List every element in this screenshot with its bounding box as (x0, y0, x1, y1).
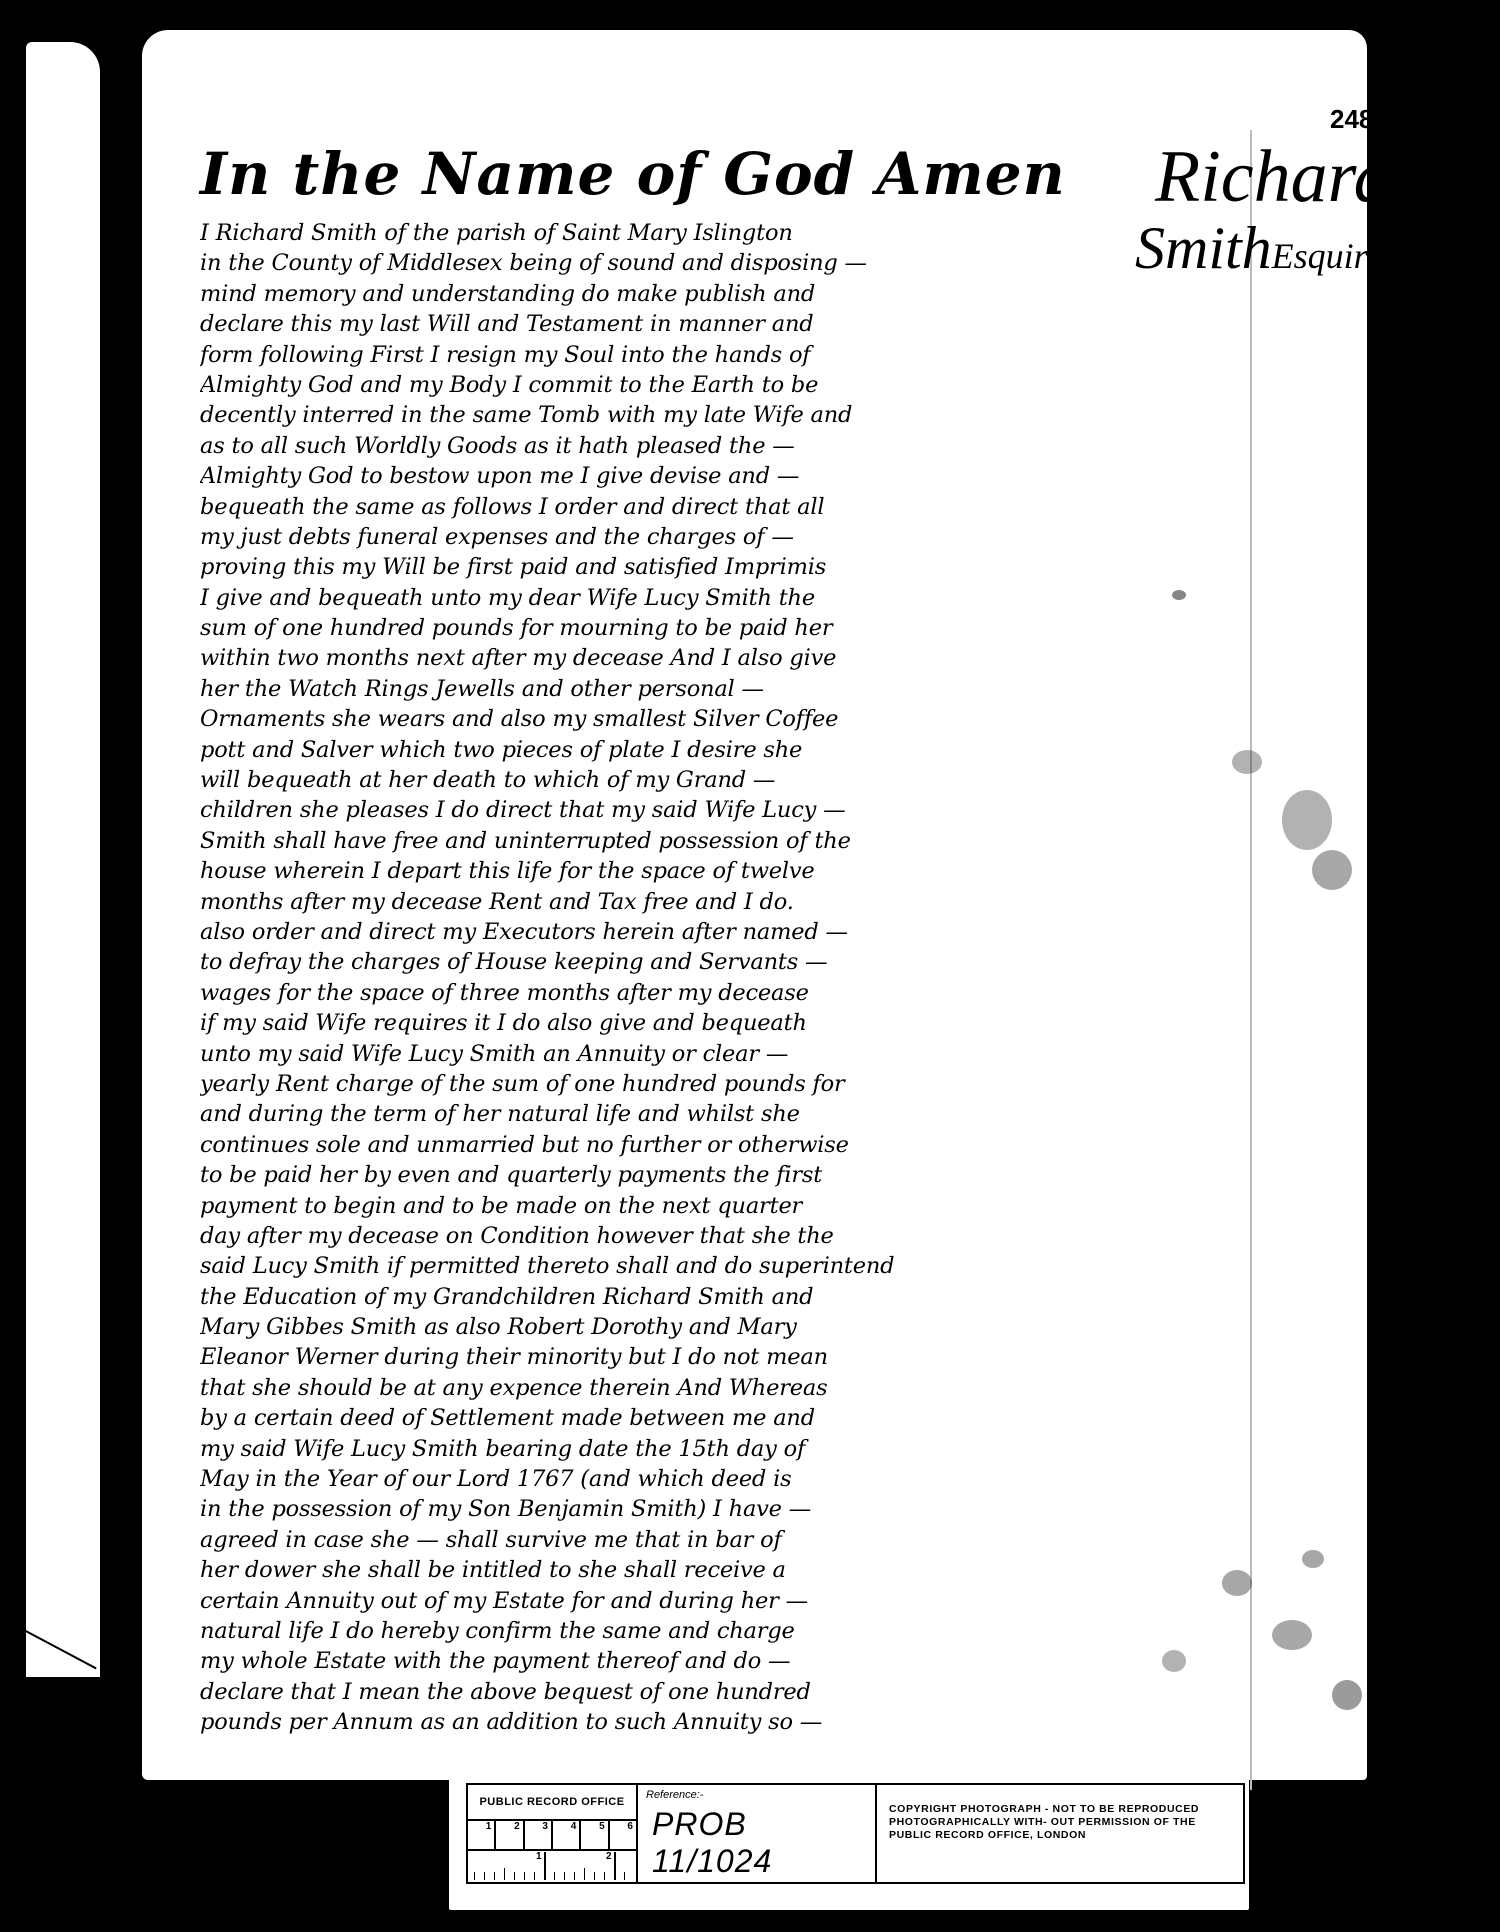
inch-ruler: 1 2 (468, 1851, 636, 1882)
foxing-speck (1162, 1650, 1186, 1672)
scale-number: 3 (525, 1821, 553, 1849)
text-line: agreed in case she — shall survive me th… (200, 1525, 1115, 1555)
scale-number: 2 (496, 1821, 524, 1849)
marginal-testator-name: Richard SmithEsquire (1135, 140, 1391, 278)
text-line: Mary Gibbes Smith as also Robert Dorothy… (200, 1312, 1115, 1342)
text-line: May in the Year of our Lord 1767 (and wh… (200, 1464, 1115, 1494)
foxing-speck (1282, 790, 1332, 850)
scale-number: 6 (610, 1821, 636, 1849)
margin-rule (1250, 130, 1252, 1790)
text-line: natural life I do hereby confirm the sam… (200, 1616, 1115, 1646)
text-line: Almighty God and my Body I commit to the… (200, 370, 1115, 400)
text-line: form following First I resign my Soul in… (200, 340, 1115, 370)
text-line: in the possession of my Son Benjamin Smi… (200, 1494, 1115, 1524)
text-line: I give and bequeath unto my dear Wife Lu… (200, 583, 1115, 613)
scale-number: 1 (468, 1821, 496, 1849)
office-title: PUBLIC RECORD OFFICE (468, 1785, 636, 1821)
text-line: decently interred in the same Tomb with … (200, 400, 1115, 430)
text-line: the Education of my Grandchildren Richar… (200, 1282, 1115, 1312)
text-line: declare that I mean the above bequest of… (200, 1677, 1115, 1707)
copyright-notice: COPYRIGHT PHOTOGRAPH - NOT TO BE REPRODU… (877, 1785, 1243, 1882)
text-line: her dower she shall be intitled to she s… (200, 1555, 1115, 1585)
marginal-line-1: Richard (1155, 140, 1391, 214)
text-line: months after my decease Rent and Tax fre… (200, 887, 1115, 917)
scale-numbers: 1 2 3 4 5 6 (468, 1821, 636, 1851)
text-line: I Richard Smith of the parish of Saint M… (200, 218, 1115, 248)
text-line: will bequeath at her death to which of m… (200, 765, 1115, 795)
text-line: certain Annuity out of my Estate for and… (200, 1586, 1115, 1616)
text-line: and during the term of her natural life … (200, 1099, 1115, 1129)
text-line: her the Watch Rings Jewells and other pe… (200, 674, 1115, 704)
public-record-office-label: PUBLIC RECORD OFFICE 1 2 3 4 5 6 (449, 1775, 1249, 1910)
text-line: Smith shall have free and uninterrupted … (200, 826, 1115, 856)
text-line: my said Wife Lucy Smith bearing date the… (200, 1434, 1115, 1464)
text-line: within two months next after my decease … (200, 643, 1115, 673)
text-line: unto my said Wife Lucy Smith an Annuity … (200, 1039, 1115, 1069)
reference-cell: Reference:- PROB 11/1024 (638, 1785, 877, 1882)
marginal-line-2: SmithEsquire (1135, 218, 1391, 278)
text-line: Eleanor Werner during their minority but… (200, 1342, 1115, 1372)
will-body-text: I Richard Smith of the parish of Saint M… (200, 218, 1115, 1738)
foxing-speck (1302, 1550, 1324, 1568)
foxing-speck (1222, 1570, 1252, 1596)
marginal-suffix: Esquire (1272, 236, 1383, 276)
adjacent-page-edge (26, 42, 100, 1677)
text-line: to defray the charges of House keeping a… (200, 947, 1115, 977)
text-line: to be paid her by even and quarterly pay… (200, 1160, 1115, 1190)
text-line: wages for the space of three months afte… (200, 978, 1115, 1008)
foxing-speck (1232, 750, 1262, 774)
text-line: continues sole and unmarried but no furt… (200, 1130, 1115, 1160)
text-line: my whole Estate with the payment thereof… (200, 1646, 1115, 1676)
text-line: declare this my last Will and Testament … (200, 309, 1115, 339)
text-line: pott and Salver which two pieces of plat… (200, 735, 1115, 765)
text-line: said Lucy Smith if permitted thereto sha… (200, 1251, 1115, 1281)
text-line: house wherein I depart this life for the… (200, 856, 1115, 886)
text-line: proving this my Will be first paid and s… (200, 552, 1115, 582)
text-line: payment to begin and to be made on the n… (200, 1191, 1115, 1221)
reference-label: Reference:- (646, 1789, 703, 1801)
ruler-number: 2 (606, 1851, 612, 1862)
marginal-surname: Smith (1135, 215, 1272, 281)
will-heading: In the Name of God Amen (200, 140, 1066, 208)
text-line: that she should be at any expence therei… (200, 1373, 1115, 1403)
text-line: Ornaments she wears and also my smallest… (200, 704, 1115, 734)
reference-value: PROB 11/1024 (652, 1806, 875, 1880)
ruler-number: 1 (536, 1851, 542, 1862)
text-line: sum of one hundred pounds for mourning t… (200, 613, 1115, 643)
foxing-speck (1172, 590, 1186, 600)
folio-number: 248 (1330, 104, 1373, 135)
scale-number: 5 (581, 1821, 609, 1849)
text-line: pounds per Annum as an addition to such … (200, 1707, 1115, 1737)
text-line: my just debts funeral expenses and the c… (200, 522, 1115, 552)
scale-number: 4 (553, 1821, 581, 1849)
text-line: day after my decease on Condition howeve… (200, 1221, 1115, 1251)
foxing-speck (1332, 1680, 1362, 1710)
text-line: children she pleases I do direct that my… (200, 795, 1115, 825)
text-line: as to all such Worldly Goods as it hath … (200, 431, 1115, 461)
text-line: bequeath the same as follows I order and… (200, 492, 1115, 522)
pro-scale-cell: PUBLIC RECORD OFFICE 1 2 3 4 5 6 (468, 1785, 638, 1882)
text-line: also order and direct my Executors herei… (200, 917, 1115, 947)
text-line: yearly Rent charge of the sum of one hun… (200, 1069, 1115, 1099)
label-frame: PUBLIC RECORD OFFICE 1 2 3 4 5 6 (466, 1783, 1245, 1884)
foxing-speck (1312, 850, 1352, 890)
text-line: Almighty God to bestow upon me I give de… (200, 461, 1115, 491)
foxing-speck (1272, 1620, 1312, 1650)
text-line: if my said Wife requires it I do also gi… (200, 1008, 1115, 1038)
text-line: mind memory and understanding do make pu… (200, 279, 1115, 309)
text-line: in the County of Middlesex being of soun… (200, 248, 1115, 278)
text-line: by a certain deed of Settlement made bet… (200, 1403, 1115, 1433)
